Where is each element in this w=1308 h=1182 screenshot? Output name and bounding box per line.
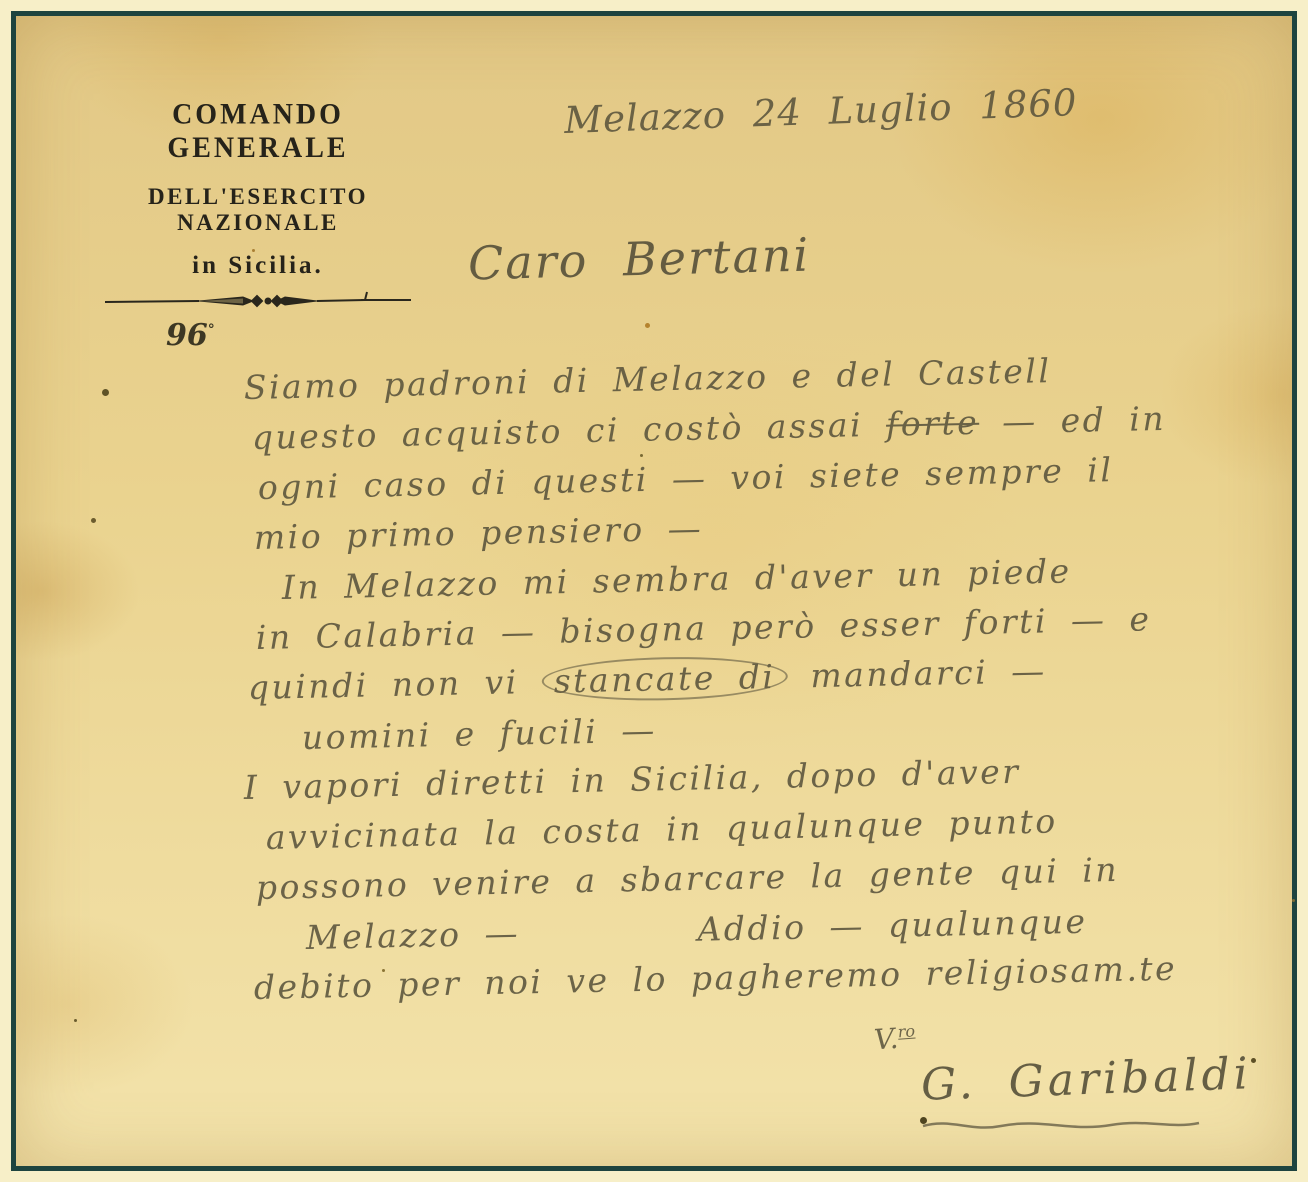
letter-line-segment: uomini e fucili — bbox=[301, 711, 657, 757]
letter-line-segment: mio primo pensiero — bbox=[253, 509, 703, 557]
salutation: Caro Bertani bbox=[467, 228, 810, 291]
paper-speck bbox=[1251, 1058, 1256, 1063]
letterhead: COMANDO GENERALE DELL'ESERCITO NAZIONALE… bbox=[78, 100, 438, 353]
letter-number-dot: ° bbox=[208, 322, 215, 338]
dateline: Melazzo 24 Luglio 1860 bbox=[563, 81, 1078, 142]
valediction-sup: ro bbox=[897, 1021, 916, 1041]
valediction-main: V. bbox=[873, 1022, 899, 1057]
ornamental-divider bbox=[103, 290, 413, 312]
scan-border-frame: COMANDO GENERALE DELL'ESERCITO NAZIONALE… bbox=[11, 11, 1297, 1171]
letter-paper: COMANDO GENERALE DELL'ESERCITO NAZIONALE… bbox=[16, 16, 1292, 1166]
letter-line-segment: mandarci — bbox=[787, 651, 1047, 695]
letter-line-segment: quindi non vi bbox=[247, 662, 542, 707]
letter-line-segment: — ed in bbox=[979, 399, 1167, 442]
letterhead-line-2: DELL'ESERCITO NAZIONALE bbox=[78, 184, 438, 236]
letter-line-segment: stancate di bbox=[541, 655, 788, 703]
valediction: V.ro bbox=[873, 1021, 917, 1057]
signature: G. Garibaldi bbox=[920, 1048, 1252, 1111]
letter-number-mark: 96° bbox=[78, 318, 438, 353]
letterhead-line-3: in Sicilia. bbox=[78, 252, 438, 280]
signature-flourish bbox=[921, 1116, 1201, 1134]
scanned-letter-page: { "colors":{ "margin":"#f7efc8", "frame"… bbox=[0, 0, 1308, 1182]
letter-body: Siamo padroni di Melazzo e del Castellqu… bbox=[244, 368, 1274, 1018]
letter-line-segment: Siamo padroni di Melazzo e del Castell bbox=[243, 351, 1051, 407]
letter-number: 96 bbox=[166, 318, 208, 353]
letterhead-line-1: COMANDO GENERALE bbox=[78, 98, 438, 165]
letter-line-segment: forte bbox=[886, 403, 980, 444]
